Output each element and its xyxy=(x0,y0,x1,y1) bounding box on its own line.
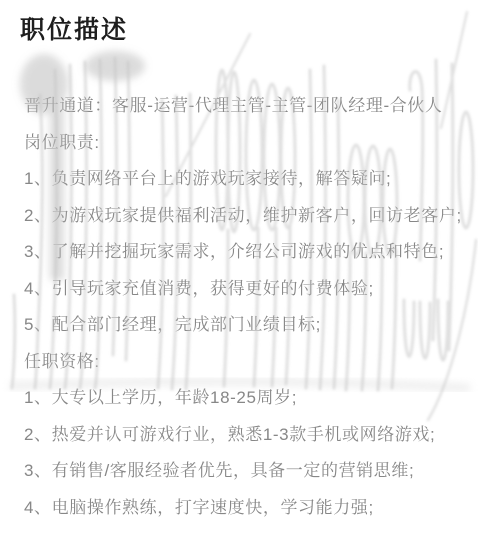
duty-item-5: 5、配合部门经理，完成部门业绩目标; xyxy=(24,307,478,344)
duty-item-2: 2、为游戏玩家提供福利活动，维护新客户，回访老客户; xyxy=(24,198,478,235)
job-description-body: 晋升通道：客服-运营-代理主管-主管-团队经理-合伙人 岗位职责: 1、负责网络… xyxy=(24,88,478,526)
duty-item-3: 3、了解并挖掘玩家需求，介绍公司游戏的优点和特色; xyxy=(24,234,478,271)
qualification-item-3: 3、有销售/客服经验者优先，具备一定的营销思维; xyxy=(24,453,478,490)
duties-heading: 岗位职责: xyxy=(24,125,478,162)
qualification-item-2: 2、热爱并认可游戏行业，熟悉1-3款手机或网络游戏; xyxy=(24,417,478,454)
page-title: 职位描述 xyxy=(20,15,128,45)
job-description-page: 职位描述 晋升通道：客服-运营-代理主管-主管-团队经理-合伙人 岗位职责: 1… xyxy=(0,0,478,546)
qualifications-heading: 任职资格: xyxy=(24,344,478,381)
qualification-item-4: 4、电脑操作熟练，打字速度快，学习能力强; xyxy=(24,490,478,527)
duty-item-1: 1、负责网络平台上的游戏玩家接待，解答疑问; xyxy=(24,161,478,198)
qualification-item-1: 1、大专以上学历，年龄18-25周岁; xyxy=(24,380,478,417)
duty-item-4: 4、引导玩家充值消费，获得更好的付费体验; xyxy=(24,271,478,308)
promotion-path-line: 晋升通道：客服-运营-代理主管-主管-团队经理-合伙人 xyxy=(24,88,478,125)
